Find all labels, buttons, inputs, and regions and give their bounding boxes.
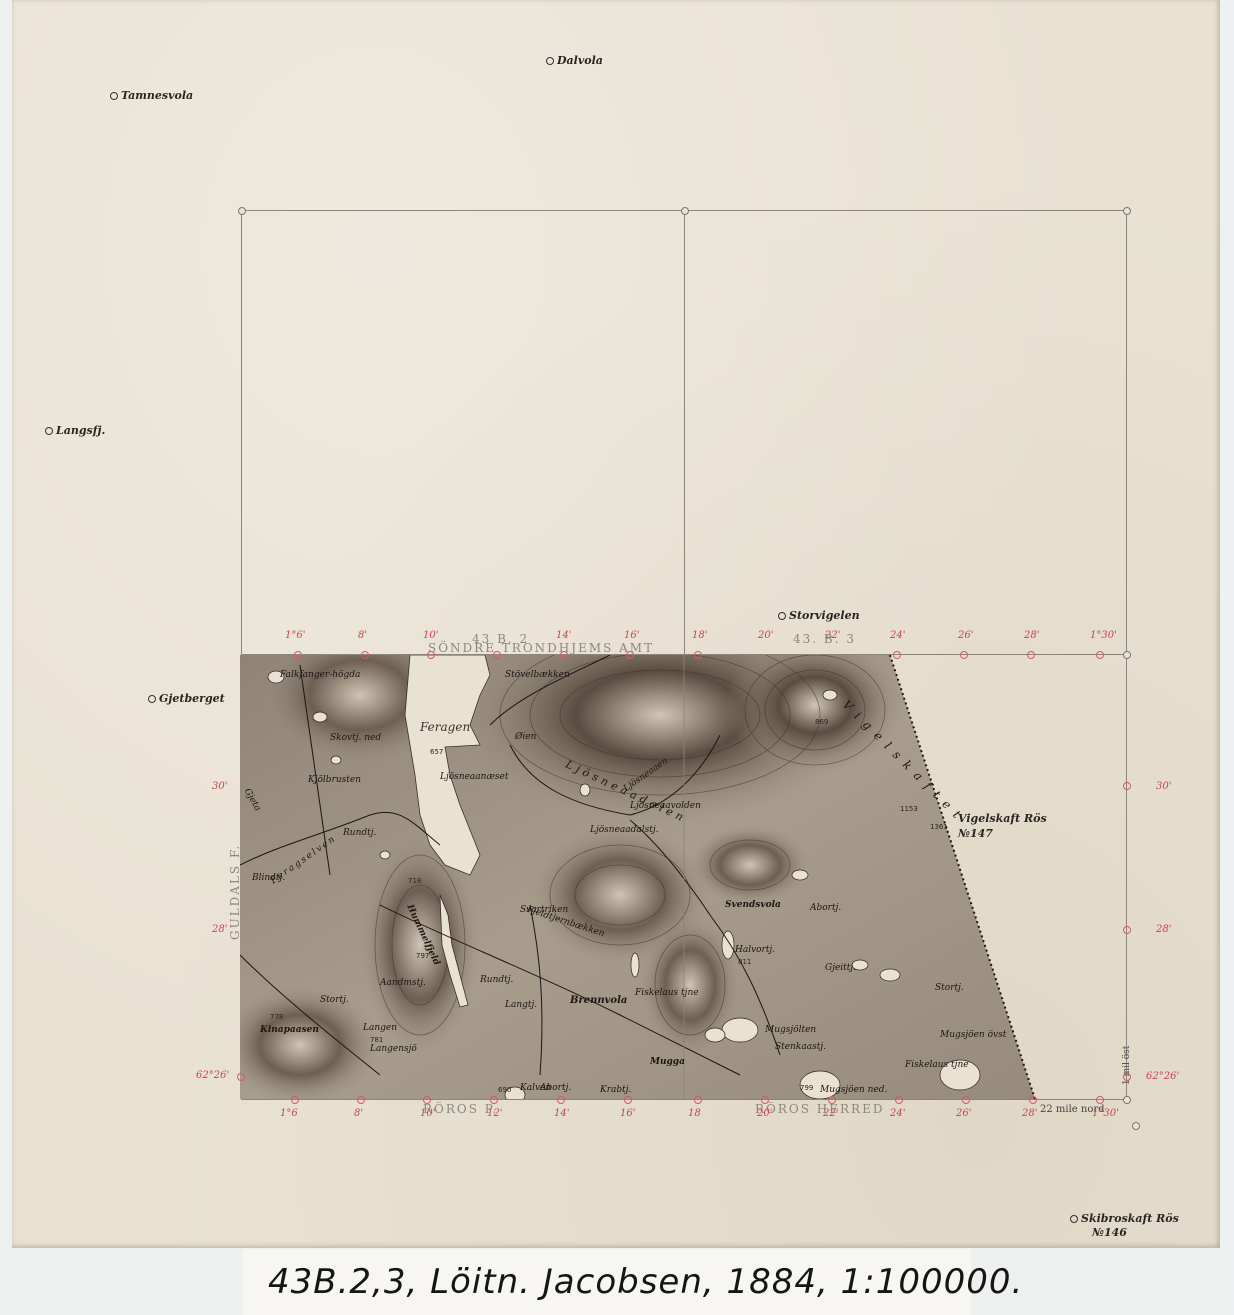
lake-label-mugsjoen-ovst: Mugsjöen övst — [940, 1030, 1006, 1040]
tick-circle — [893, 651, 901, 659]
tick-label: 62°26' — [1146, 1071, 1179, 1082]
frame-corner-node — [1132, 1122, 1140, 1130]
tick-label: 28' — [1024, 630, 1039, 641]
tick-label: 1°6' — [285, 630, 305, 641]
tick-circle — [294, 651, 302, 659]
elevation-label: 690 — [498, 1086, 511, 1094]
tick-circle — [1123, 1073, 1131, 1081]
elevation-label: 778 — [270, 1013, 283, 1021]
frame-corner-node — [1123, 651, 1131, 659]
tick-label: 10' — [423, 630, 438, 641]
hill-label-mugga: Mugga — [650, 1057, 685, 1067]
lake-label-halvortj: Halvortj. — [735, 945, 775, 955]
tick-label: 18 — [688, 1108, 701, 1119]
tick-circle — [1027, 651, 1035, 659]
settlement-label-oien: Øien — [515, 732, 536, 742]
tick-label: 28' — [1022, 1108, 1037, 1119]
tick-label: 28' — [1156, 924, 1171, 935]
background-gutter — [1220, 0, 1234, 1315]
lake-label-stortj-west: Stortj. — [320, 995, 349, 1005]
lake-label-krabtj: Krabtj. — [600, 1085, 631, 1095]
trig-point-langsfj: Langsfj. — [45, 424, 105, 437]
lake-label-stortj: Stortj. — [935, 983, 964, 993]
tick-label: 18' — [692, 630, 707, 641]
tick-label: 10' — [420, 1108, 435, 1119]
elevation-label: 869 — [815, 718, 828, 726]
tick-circle — [560, 651, 568, 659]
hill-label-brennvola: Brennvola — [570, 995, 627, 1006]
trig-point-skibroskaft: Skibroskaft Rös — [1070, 1212, 1179, 1225]
tick-label: 30' — [212, 781, 227, 792]
elevation-label: 781 — [370, 1036, 383, 1044]
trig-circle-icon — [110, 92, 118, 100]
trig-circle-icon — [1070, 1215, 1078, 1223]
settlement-label-kjolbrusten: Kjölbrusten — [308, 775, 361, 785]
tick-label: 14' — [556, 630, 571, 641]
frame-corner-node — [681, 207, 689, 215]
tick-circle — [291, 1096, 299, 1104]
hill-label-kinapaasen: Kinapaasen — [260, 1025, 319, 1035]
frame-corner-node — [1123, 207, 1131, 215]
tick-label: 1°30' — [1090, 630, 1117, 641]
lake-label-mugsjolten: Mugsjölten — [765, 1025, 816, 1035]
elevation-label: 799 — [800, 1084, 813, 1092]
tick-label: 12' — [487, 1108, 502, 1119]
tick-label: 20' — [757, 1108, 772, 1119]
trig-label: Langsfj. — [56, 424, 105, 437]
tick-label: 20' — [758, 630, 773, 641]
trig-label: Skibroskaft Rös — [1081, 1212, 1179, 1225]
lake-label-rundtj-south: Rundtj. — [480, 975, 513, 985]
tick-circle — [490, 1096, 498, 1104]
tick-label: 16' — [620, 1108, 635, 1119]
lake-label-gjeittj: Gjeittj. — [825, 963, 856, 973]
tick-circle — [237, 1073, 245, 1081]
lake-label-fiskelaus: Fiskelaus tjne — [905, 1060, 969, 1070]
tick-label: 8' — [354, 1108, 363, 1119]
terrain-shading — [240, 655, 1040, 1099]
lake-label-abortj-south: Abortj. — [540, 1083, 571, 1093]
county-label: SÖNDRE TRONDHJEMS AMT — [428, 641, 654, 655]
lake-label-mugsjoen-ned: Mugsjöen ned. — [820, 1085, 887, 1095]
tick-circle — [962, 1096, 970, 1104]
tick-label: 24' — [890, 630, 905, 641]
trig-label: Storvigelen — [789, 609, 860, 622]
tick-circle — [626, 651, 634, 659]
tick-circle — [1123, 782, 1131, 790]
district-label-guldals: GULDALS F. — [228, 844, 242, 940]
frame-corner-node — [238, 207, 246, 215]
tick-circle — [557, 1096, 565, 1104]
elevation-label: 1361 — [930, 823, 948, 831]
tick-circle — [1029, 1096, 1037, 1104]
tick-circle — [1096, 1096, 1104, 1104]
hill-label-svendsvola: Svendsvola — [725, 900, 781, 910]
district-label-roros-herred: RÖROS HERRED — [755, 1102, 884, 1116]
trig-point-storvigelen: Storvigelen — [778, 609, 860, 622]
trig-label: Gjetberget — [159, 692, 225, 705]
tick-circle — [357, 1096, 365, 1104]
tick-label: 24' — [890, 1108, 905, 1119]
lake-label-stenkaastj: Stenkaastj. — [775, 1042, 826, 1052]
tick-label: 14' — [554, 1108, 569, 1119]
tick-label: 26' — [956, 1108, 971, 1119]
tick-circle — [761, 1096, 769, 1104]
trig-point-gjetberget: Gjetberget — [148, 692, 225, 705]
river-label-stovelbaekken: Stövelbækken — [505, 670, 570, 680]
tick-circle — [624, 1096, 632, 1104]
settlement-label-ljosneaadalstj: Ljösneaadalstj. — [590, 825, 659, 835]
lake-label-langen: Langen — [363, 1023, 397, 1033]
elevation-label: 811 — [738, 958, 751, 966]
trig-circle-icon — [45, 427, 53, 435]
tick-circle — [694, 1096, 702, 1104]
lake-label-feragen: Feragen — [420, 720, 470, 734]
frame-corner-node — [1123, 1096, 1131, 1104]
tick-circle — [960, 651, 968, 659]
tick-label: 26' — [958, 630, 973, 641]
lake-label-abortj: Abortj. — [810, 903, 841, 913]
trig-label: Dalvola — [557, 54, 603, 67]
trig-point-skibroskaft-number: №146 — [1092, 1226, 1127, 1239]
topographic-map[interactable]: Feragen 657 Stövelbækken Øien Ljösneaanæ… — [240, 655, 1040, 1099]
tick-circle — [361, 651, 369, 659]
tick-label: 62°26' — [196, 1070, 229, 1081]
tick-label: 22' — [823, 1108, 838, 1119]
elevation-label: 718 — [408, 877, 421, 885]
elevation-label: 1153 — [900, 805, 918, 813]
tick-circle — [493, 651, 501, 659]
lake-label-langensjo: Langensjö — [370, 1044, 417, 1054]
trig-label: Tamnesvola — [121, 89, 193, 102]
elevation-label: 657 — [430, 748, 443, 756]
tick-label: 16' — [624, 630, 639, 641]
lake-label-aandmstj: Aandmstj. — [380, 978, 426, 988]
tick-label: 30' — [1156, 781, 1171, 792]
tick-label: 28' — [212, 924, 227, 935]
tick-label: 22' — [825, 630, 840, 641]
trig-point-dalvola: Dalvola — [546, 54, 603, 67]
lake-label-langtj: Langtj. — [505, 1000, 537, 1010]
tick-circle — [1096, 651, 1104, 659]
tick-circle — [828, 1096, 836, 1104]
tick-label: 1°30' — [1092, 1108, 1119, 1119]
tick-label: 8' — [358, 630, 367, 641]
hill-label-falkfanger: Falkfanger-högda — [280, 670, 360, 680]
frame-bottom-line — [241, 1099, 1126, 1100]
elevation-label: 797 — [416, 952, 429, 960]
settlement-label-ljosneaanaeset: Ljösneaanæset — [440, 772, 508, 782]
lake-label-skovtj: Skovtj. ned — [330, 733, 381, 743]
trig-point-tamnesvola: Tamnesvola — [110, 89, 193, 102]
handwritten-title: 43B.2,3, Löitn. Jacobsen, 1884, 1:100000… — [268, 1262, 1023, 1302]
trig-circle-icon — [148, 695, 156, 703]
tick-circle — [895, 1096, 903, 1104]
tick-circle — [423, 1096, 431, 1104]
trig-circle-icon — [546, 57, 554, 65]
tick-label: 1°6 — [280, 1108, 298, 1119]
tick-circle — [694, 651, 702, 659]
lake-label-blindtj: Blindtj. — [252, 873, 285, 883]
lake-label-rundtj: Rundtj. — [343, 828, 376, 838]
tick-circle — [1123, 926, 1131, 934]
lake-label-svartriksjone: Fiskelaus tjne — [635, 988, 699, 998]
tick-circle — [427, 651, 435, 659]
trig-circle-icon — [778, 612, 786, 620]
